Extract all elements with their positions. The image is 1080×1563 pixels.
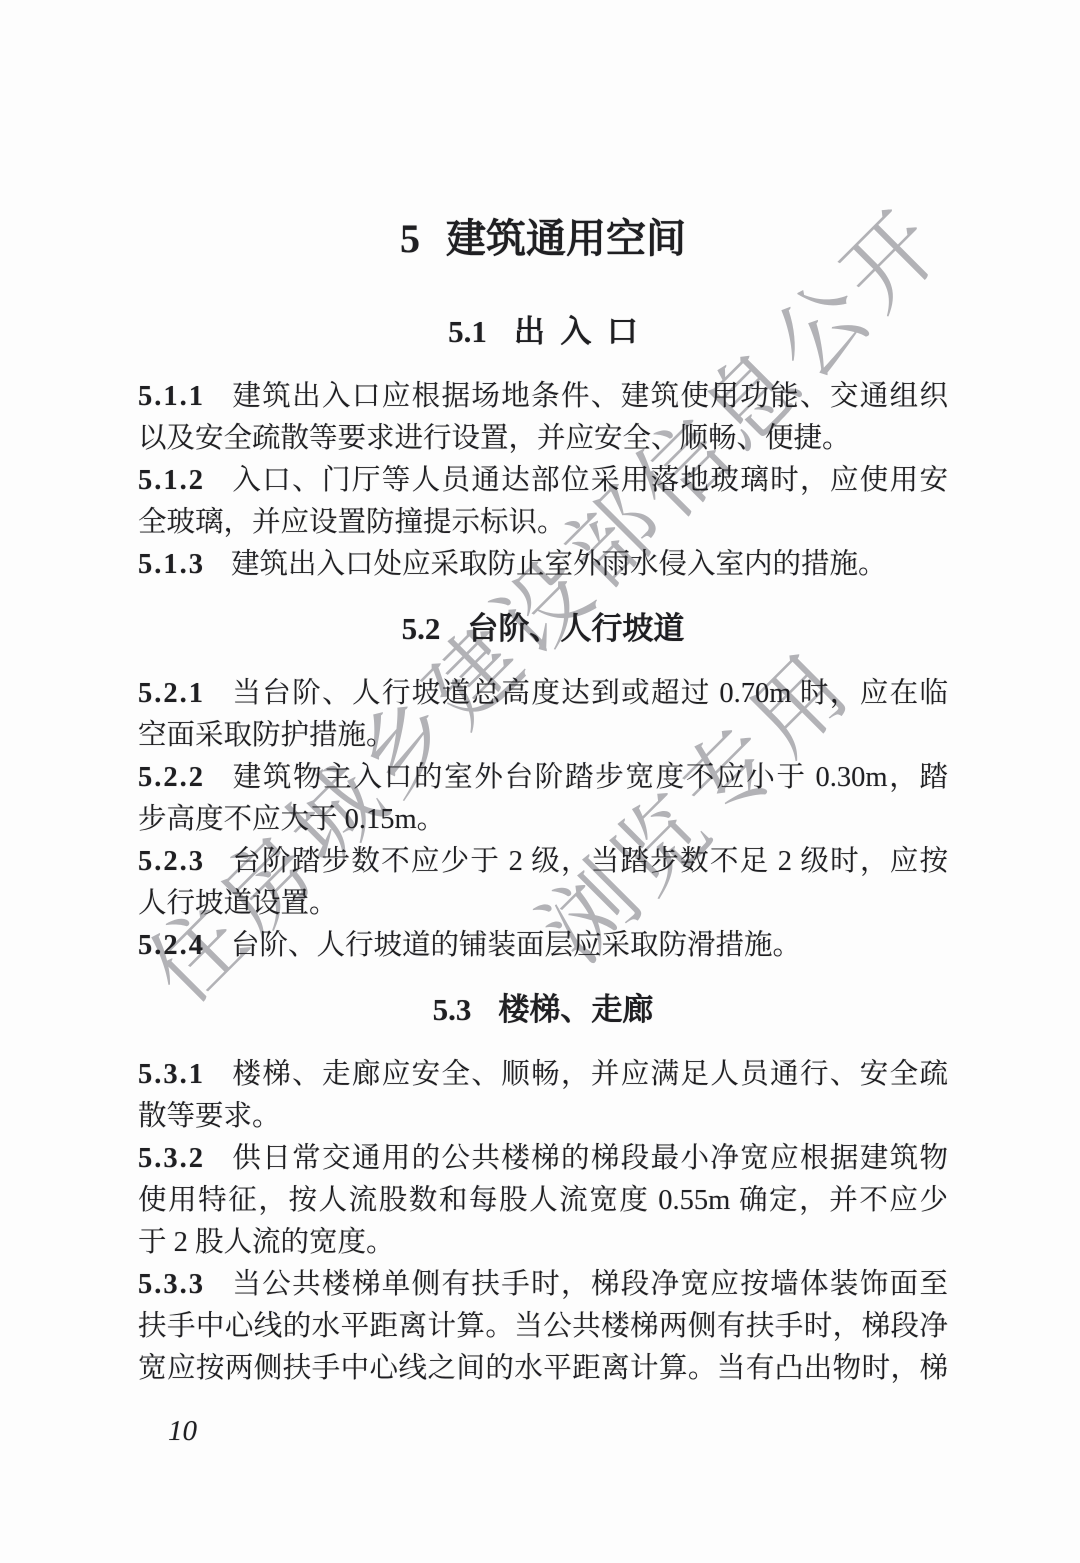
clause-line: 全玻璃，并应设置防撞提示标识。 [138, 502, 948, 544]
clause-number: 5.2.2 [138, 762, 205, 793]
clause: 5.2.4台阶、人行坡道的铺装面层应采取防滑措施。 [138, 925, 948, 967]
chapter-title: 5建筑通用空间 [138, 215, 948, 263]
clause: 5.2.2建筑物主入口的室外台阶踏步宽度不应小于 0.30m，踏步高度不应大于 … [138, 757, 948, 841]
clause-line: 5.2.1当台阶、人行坡道总高度达到或超过 0.70m 时，应在临 [138, 673, 948, 715]
section-heading: 5.2台阶、人行坡道 [138, 610, 948, 648]
clause-text: 当台阶、人行坡道总高度达到或超过 0.70m 时，应在临 [231, 678, 948, 709]
clause-line: 人行坡道设置。 [138, 883, 948, 925]
clause-line: 步高度不应大于 0.15m。 [138, 799, 948, 841]
clause-line: 5.3.1楼梯、走廊应安全、顺畅，并应满足人员通行、安全疏 [138, 1054, 948, 1096]
clause-number: 5.3.3 [138, 1269, 205, 1300]
clause: 5.1.1建筑出入口应根据场地条件、建筑使用功能、交通组织以及安全疏散等要求进行… [138, 376, 948, 460]
page-number: 10 [138, 1410, 948, 1452]
clause-number: 5.3.1 [138, 1059, 205, 1090]
clause: 5.3.3当公共楼梯单侧有扶手时，梯段净宽应按墙体装饰面至扶手中心线的水平距离计… [138, 1264, 948, 1390]
section-number: 5.3 [433, 992, 472, 1027]
clause-number: 5.2.3 [138, 846, 205, 877]
clause-line: 5.1.1建筑出入口应根据场地条件、建筑使用功能、交通组织 [138, 376, 948, 418]
clause-line: 5.2.2建筑物主入口的室外台阶踏步宽度不应小于 0.30m，踏 [138, 757, 948, 799]
clause-text: 供日常交通用的公共楼梯的梯段最小净宽应根据建筑物 [231, 1143, 948, 1174]
clause-text: 建筑物主入口的室外台阶踏步宽度不应小于 0.30m，踏 [231, 762, 948, 793]
clause-line: 扶手中心线的水平距离计算。当公共楼梯两侧有扶手时，梯段净 [138, 1306, 948, 1348]
clause: 5.1.2入口、门厅等人员通达部位采用落地玻璃时，应使用安全玻璃，并应设置防撞提… [138, 460, 948, 544]
clause-text: 建筑出入口应根据场地条件、建筑使用功能、交通组织 [231, 381, 948, 412]
clause-line: 使用特征，按人流股数和每股人流宽度 0.55m 确定，并不应少 [138, 1180, 948, 1222]
clause-text: 台阶、人行坡道的铺装面层应采取防滑措施。 [231, 930, 801, 961]
clause-text: 当公共楼梯单侧有扶手时，梯段净宽应按墙体装饰面至 [231, 1269, 948, 1300]
section-title: 台阶、人行坡道 [467, 611, 684, 646]
document-page: 住房城乡建设部信息公开 浏览专用 5建筑通用空间 5.1出 入 口5.1.1建筑… [0, 0, 1080, 1563]
section-title: 出 入 口 [514, 314, 638, 349]
clause-text: 入口、门厅等人员通达部位采用落地玻璃时，应使用安 [231, 465, 948, 496]
clause-line: 5.3.2供日常交通用的公共楼梯的梯段最小净宽应根据建筑物 [138, 1138, 948, 1180]
section-number: 5.2 [402, 611, 441, 646]
clause-line: 5.2.4台阶、人行坡道的铺装面层应采取防滑措施。 [138, 925, 948, 967]
clause-line: 散等要求。 [138, 1096, 948, 1138]
clause-text: 台阶踏步数不应少于 2 级，当踏步数不足 2 级时，应按 [231, 846, 948, 877]
clause-number: 5.1.3 [138, 549, 205, 580]
clause-line: 以及安全疏散等要求进行设置，并应安全、顺畅、便捷。 [138, 418, 948, 460]
clause-number: 5.1.2 [138, 465, 205, 496]
clause-number: 5.3.2 [138, 1143, 205, 1174]
clause: 5.3.2供日常交通用的公共楼梯的梯段最小净宽应根据建筑物使用特征，按人流股数和… [138, 1138, 948, 1264]
clause: 5.2.1当台阶、人行坡道总高度达到或超过 0.70m 时，应在临空面采取防护措… [138, 673, 948, 757]
chapter-title-text: 建筑通用空间 [446, 216, 686, 261]
clause-line: 5.1.3建筑出入口处应采取防止室外雨水侵入室内的措施。 [138, 544, 948, 586]
page-content: 5建筑通用空间 5.1出 入 口5.1.1建筑出入口应根据场地条件、建筑使用功能… [138, 0, 948, 1452]
clause: 5.1.3建筑出入口处应采取防止室外雨水侵入室内的措施。 [138, 544, 948, 586]
section-title: 楼梯、走廊 [498, 992, 653, 1027]
clause-line: 5.3.3当公共楼梯单侧有扶手时，梯段净宽应按墙体装饰面至 [138, 1264, 948, 1306]
clause-number: 5.1.1 [138, 381, 205, 412]
sections: 5.1出 入 口5.1.1建筑出入口应根据场地条件、建筑使用功能、交通组织以及安… [138, 313, 948, 1390]
section-body: 5.3.1楼梯、走廊应安全、顺畅，并应满足人员通行、安全疏散等要求。5.3.2供… [138, 1054, 948, 1390]
section-heading: 5.1出 入 口 [138, 313, 948, 351]
clause-line: 5.2.3台阶踏步数不应少于 2 级，当踏步数不足 2 级时，应按 [138, 841, 948, 883]
section-heading: 5.3楼梯、走廊 [138, 991, 948, 1029]
clause-text: 建筑出入口处应采取防止室外雨水侵入室内的措施。 [231, 549, 887, 580]
clause-text: 楼梯、走廊应安全、顺畅，并应满足人员通行、安全疏 [231, 1059, 948, 1090]
chapter-number: 5 [400, 216, 420, 261]
clause-line: 空面采取防护措施。 [138, 715, 948, 757]
clause-number: 5.2.4 [138, 930, 205, 961]
clause: 5.3.1楼梯、走廊应安全、顺畅，并应满足人员通行、安全疏散等要求。 [138, 1054, 948, 1138]
clause: 5.2.3台阶踏步数不应少于 2 级，当踏步数不足 2 级时，应按人行坡道设置。 [138, 841, 948, 925]
section-body: 5.2.1当台阶、人行坡道总高度达到或超过 0.70m 时，应在临空面采取防护措… [138, 673, 948, 967]
section-body: 5.1.1建筑出入口应根据场地条件、建筑使用功能、交通组织以及安全疏散等要求进行… [138, 376, 948, 586]
clause-line: 于 2 股人流的宽度。 [138, 1222, 948, 1264]
clause-line: 5.1.2入口、门厅等人员通达部位采用落地玻璃时，应使用安 [138, 460, 948, 502]
section-number: 5.1 [448, 314, 487, 349]
clause-number: 5.2.1 [138, 678, 205, 709]
clause-line: 宽应按两侧扶手中心线之间的水平距离计算。当有凸出物时，梯 [138, 1348, 948, 1390]
